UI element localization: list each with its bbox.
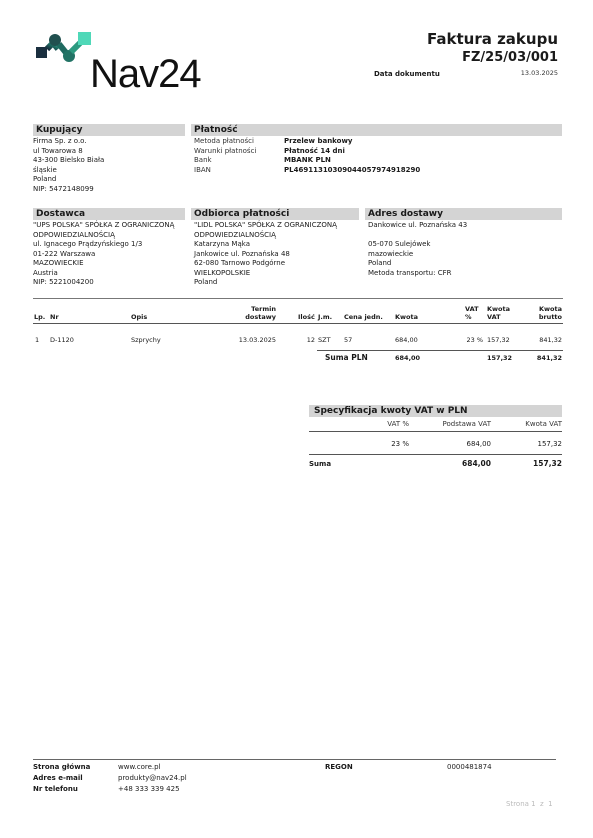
col-kwota-vat-line1: Kwota — [487, 305, 510, 313]
col-kwota-vat-line2: VAT — [487, 313, 510, 321]
supplier-section: Dostawca "UPS POLSKA" SPÓŁKA Z OGRANICZO… — [33, 208, 185, 288]
payment-label: Metoda płatności — [194, 137, 284, 147]
footer-website[interactable]: www.core.pl — [118, 763, 161, 771]
header-rule — [33, 323, 563, 324]
vat-spec-sum-amount: 157,32 — [504, 460, 562, 468]
buyer-line: ul Towarowa 8 — [33, 147, 185, 157]
col-ilosc: Ilość — [298, 313, 315, 321]
delivery-line: mazowieckie — [368, 250, 562, 260]
sum-brutto: 841,32 — [520, 354, 562, 362]
payment-value: MBANK PLN — [284, 156, 331, 166]
vat-spec-col-base: Podstawa VAT — [429, 420, 491, 428]
payment-section: Płatność Metoda płatnościPrzelew bankowy… — [191, 124, 562, 175]
cell-brutto: 841,32 — [520, 336, 562, 344]
vat-spec-vat: 23 % — [369, 440, 409, 448]
supplier-nip: NIP: 5221004200 — [33, 278, 185, 288]
buyer-section: Kupujący Firma Sp. z o.o. ul Towarowa 8 … — [33, 124, 185, 194]
vat-spec-amount: 157,32 — [504, 440, 562, 448]
payment-label: Warunki płatności — [194, 147, 284, 157]
vat-spec-header-rule — [309, 431, 562, 432]
col-vat-line2: % — [465, 313, 479, 321]
cell-lp: 1 — [35, 336, 39, 344]
document-date-label: Data dokumentu — [374, 70, 440, 78]
cell-jm: SZT — [318, 336, 331, 344]
sum-rule — [317, 350, 563, 351]
vat-spec-col-vat: VAT % — [369, 420, 409, 428]
vat-spec-section: Specyfikacja kwoty VAT w PLN VAT % Podst… — [309, 405, 562, 475]
vat-spec-base: 684,00 — [429, 440, 491, 448]
supplier-line: ul. Ignacego Prądzyńskiego 1/3 — [33, 240, 185, 250]
col-kwota-vat: Kwota VAT — [487, 305, 510, 321]
vat-spec-sum-label: Suma — [309, 460, 331, 468]
buyer-line: 43-300 Bielsko Biała — [33, 156, 185, 166]
logo-wordmark: Nav24 — [90, 54, 201, 94]
col-termin-line1: Termin — [240, 305, 276, 313]
sum-kwota: 684,00 — [395, 354, 420, 362]
payment-value: Płatność 14 dni — [284, 147, 345, 157]
col-opis: Opis — [131, 313, 147, 321]
cell-vat: 23 % — [455, 336, 483, 344]
payment-title: Płatność — [191, 124, 562, 136]
col-brutto: Kwota brutto — [520, 305, 562, 321]
buyer-line: śląskie — [33, 166, 185, 176]
vat-spec-title: Specyfikacja kwoty VAT w PLN — [309, 405, 562, 417]
document-number: FZ/25/03/001 — [462, 50, 558, 65]
col-vat-line1: VAT — [465, 305, 479, 313]
payment-row-terms: Warunki płatnościPłatność 14 dni — [194, 147, 562, 157]
payee-line: WIELKOPOLSKIE — [194, 269, 359, 279]
sum-kwota-vat: 157,32 — [487, 354, 512, 362]
document-date: 13.03.2025 — [521, 69, 558, 77]
footer-phone-label: Nr telefonu — [33, 785, 78, 793]
buyer-nip: NIP: 5472148099 — [33, 185, 185, 195]
payee-line: "LIDL POLSKA" SPÓŁKA Z OGRANICZONĄ — [194, 221, 359, 231]
payee-line: Poland — [194, 278, 359, 288]
vat-spec-sum-rule — [309, 454, 562, 455]
payee-line: ODPOWIEDZIALNOŚCIĄ — [194, 231, 359, 241]
delivery-section: Adres dostawy Dankowice ul. Poznańska 43… — [365, 208, 562, 278]
col-jm: J.m. — [318, 313, 332, 321]
buyer-line: Poland — [33, 175, 185, 185]
document-title: Faktura zakupu — [427, 30, 558, 48]
footer-website-label: Strona główna — [33, 763, 90, 771]
footer-regon: 0000481874 — [447, 763, 492, 771]
footer-email-label: Adres e-mail — [33, 774, 83, 782]
col-cena: Cena jedn. — [344, 313, 383, 321]
footer-regon-label: REGON — [325, 763, 353, 771]
footer-phone: +48 333 339 425 — [118, 785, 180, 793]
payee-title: Odbiorca płatności — [191, 208, 359, 220]
col-nr: Nr — [50, 313, 59, 321]
table-top-rule — [33, 298, 563, 299]
supplier-line: MAZOWIECKIE — [33, 259, 185, 269]
col-termin: Termin dostawy — [240, 305, 276, 321]
delivery-line: 05-070 Sulejówek — [368, 240, 562, 250]
supplier-line: Austria — [33, 269, 185, 279]
payment-value: Przelew bankowy — [284, 137, 352, 147]
payment-row-bank: BankMBANK PLN — [194, 156, 562, 166]
buyer-line: Firma Sp. z o.o. — [33, 137, 185, 147]
payment-row-iban: IBANPL46911310309044057974918290 — [194, 166, 562, 176]
col-brutto-line1: Kwota — [520, 305, 562, 313]
cell-kwota-vat: 157,32 — [487, 336, 510, 344]
footer-email[interactable]: produkty@nav24.pl — [118, 774, 187, 782]
col-vat: VAT % — [465, 305, 479, 321]
cell-opis: Szprychy — [131, 336, 161, 344]
footer-rule — [33, 759, 556, 760]
delivery-line: Dankowice ul. Poznańska 43 — [368, 221, 562, 231]
col-termin-line2: dostawy — [240, 313, 276, 321]
supplier-title: Dostawca — [33, 208, 185, 220]
supplier-line: "UPS POLSKA" SPÓŁKA Z OGRANICZONĄ — [33, 221, 185, 231]
sum-label: Suma PLN — [325, 354, 368, 362]
payment-label: Bank — [194, 156, 284, 166]
payment-value: PL46911310309044057974918290 — [284, 166, 420, 176]
supplier-line: 01-222 Warszawa — [33, 250, 185, 260]
delivery-line — [368, 231, 562, 241]
payment-row-method: Metoda płatnościPrzelew bankowy — [194, 137, 562, 147]
payee-line: Jankowice ul. Poznańska 48 — [194, 250, 359, 260]
payee-section: Odbiorca płatności "LIDL POLSKA" SPÓŁKA … — [191, 208, 359, 288]
vat-spec-col-amount: Kwota VAT — [504, 420, 562, 428]
cell-ilosc: 12 — [295, 336, 315, 344]
company-logo — [36, 30, 96, 66]
cell-nr: D-1120 — [50, 336, 74, 344]
cell-kwota: 684,00 — [395, 336, 418, 344]
logo-mark-icon — [36, 30, 96, 66]
supplier-line: ODPOWIEDZIALNOŚCIĄ — [33, 231, 185, 241]
col-brutto-line2: brutto — [520, 313, 562, 321]
buyer-title: Kupujący — [33, 124, 185, 136]
delivery-line: Poland — [368, 259, 562, 269]
payee-line: 62-080 Tarnowo Podgórne — [194, 259, 359, 269]
cell-termin: 13.03.2025 — [230, 336, 276, 344]
col-lp: Lp. — [34, 313, 45, 321]
vat-spec-sum-base: 684,00 — [429, 460, 491, 468]
delivery-title: Adres dostawy — [365, 208, 562, 220]
cell-cena: 57 — [344, 336, 352, 344]
delivery-transport: Metoda transportu: CFR — [368, 269, 562, 279]
page-number: Strona 1 z 1 — [506, 800, 553, 808]
col-kwota: Kwota — [395, 313, 418, 321]
payee-line: Katarzyna Mąka — [194, 240, 359, 250]
payment-label: IBAN — [194, 166, 284, 176]
